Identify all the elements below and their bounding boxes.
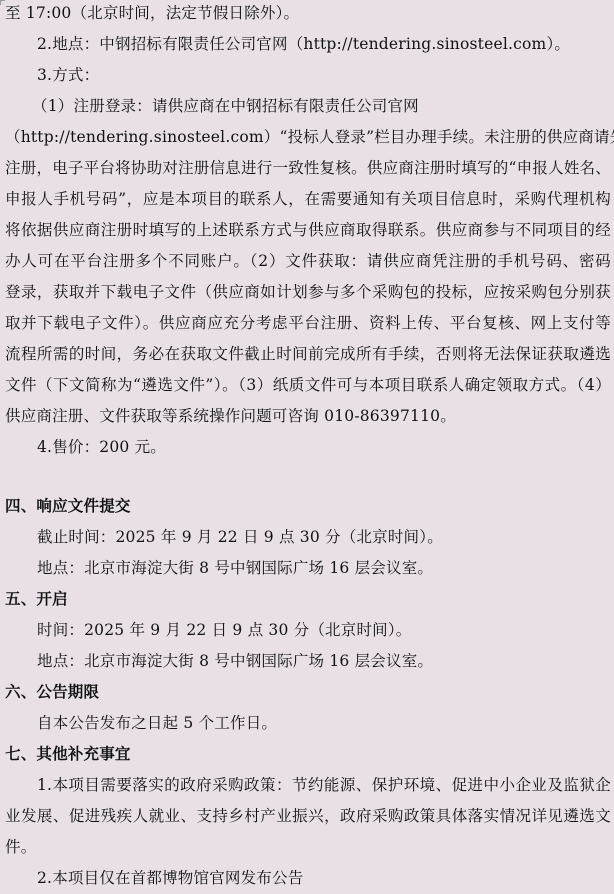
time-line-tail: 至 17:00（北京时间，法定节假日除外）。 <box>5 0 611 31</box>
acquisition-location: 2.地点：中钢招标有限责任公司官网（http://tendering.sinos… <box>5 31 611 62</box>
price-line: 4.售价：200 元。 <box>5 434 611 465</box>
method-paragraph-line: 登录，获取并下载电子文件（供应商如计划参与多个采购包的投标，应按采购包分别获 <box>5 279 611 310</box>
section-heading-submission: 四、响应文件提交 <box>5 493 611 524</box>
section-heading-notice-period: 六、公告期限 <box>5 679 611 710</box>
submission-location: 地点：北京市海淀大街 8 号中钢国际广场 16 层会议室。 <box>5 555 611 586</box>
opening-time: 时间：2025 年 9 月 22 日 9 点 30 分（北京时间）。 <box>5 617 611 648</box>
submission-deadline: 截止时间：2025 年 9 月 22 日 9 点 30 分（北京时间）。 <box>5 524 611 555</box>
method-paragraph-line: 办人可在平台注册多个不同账户。（2）文件获取：请供应商凭注册的手机号码、密码 <box>5 248 611 279</box>
method-paragraph-line: 取并下载电子文件）。供应商应充分考虑平台注册、资料上传、平台复核、网上支付等 <box>5 310 611 341</box>
method-paragraph-line: 申报人手机号码”，应是本项目的联系人，在需要通知有关项目信息时，采购代理机构 <box>5 186 611 217</box>
acquisition-method-label: 3.方式： <box>5 62 611 93</box>
policy-paragraph-line: 件。 <box>5 834 611 865</box>
notice-period-text: 自本公告发布之日起 5 个工作日。 <box>5 710 611 741</box>
policy-paragraph-line: 业发展、促进残疾人就业、支持乡村产业振兴，政府采购政策具体落实情况详见遴选文 <box>5 803 611 834</box>
section-heading-other-matters: 七、其他补充事宜 <box>5 741 611 772</box>
method-paragraph-line: 将依据供应商注册时填写的上述联系方式与供应商取得联系。供应商参与不同项目的经 <box>5 217 611 248</box>
opening-location: 地点：北京市海淀大街 8 号中钢国际广场 16 层会议室。 <box>5 648 611 679</box>
announcement-document: 至 17:00（北京时间，法定节假日除外）。 2.地点：中钢招标有限责任公司官网… <box>5 0 611 894</box>
blank-spacer <box>5 465 611 493</box>
policy-paragraph-line: 1.本项目需要落实的政府采购政策：节约能源、保护环境、促进中小企业及监狱企 <box>5 772 611 803</box>
method-paragraph-line: （http://tendering.sinosteel.com）“投标人登录”栏… <box>5 124 611 155</box>
method-paragraph-line: 流程所需的时间，务必在获取文件截止时间前完成所有手续，否则将无法保证获取遴选 <box>5 341 611 372</box>
publication-note: 2.本项目仅在首都博物馆官网发布公告 <box>5 865 611 894</box>
method-paragraph-line: 注册，电子平台将协助对注册信息进行一致性复核。供应商注册时填写的“申报人姓名、 <box>5 155 611 186</box>
method-paragraph-line: 供应商注册、文件获取等系统操作问题可咨询 010-86397110。 <box>5 403 611 434</box>
method-paragraph-line: 文件（下文简称为“遴选文件”）。（3）纸质文件可与本项目联系人确定领取方式。（4… <box>5 372 611 403</box>
section-heading-opening: 五、开启 <box>5 586 611 617</box>
method-paragraph-line: （1）注册登录：请供应商在中钢招标有限责任公司官网 <box>5 93 611 124</box>
